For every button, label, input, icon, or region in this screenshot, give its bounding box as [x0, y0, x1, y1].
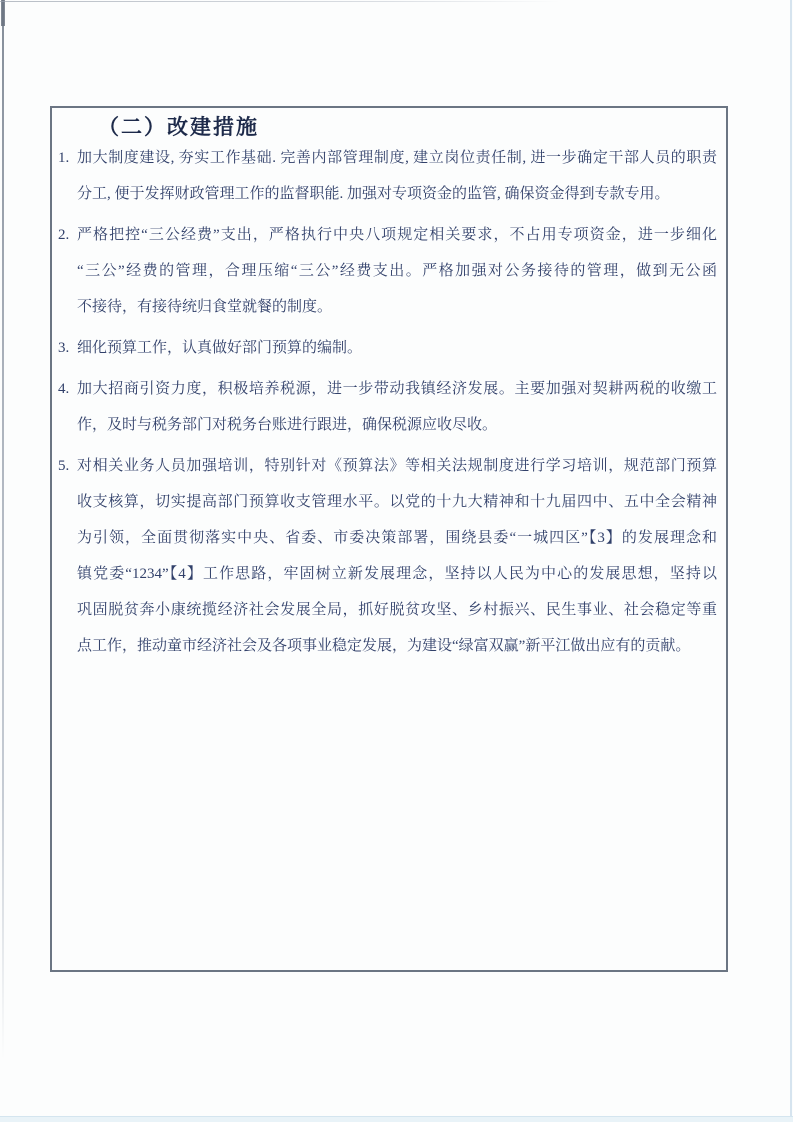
scan-edge-artifact-left [2, 0, 4, 1060]
measure-line: 加大制度建设, 夯实工作基础. 完善内部管理制度, 建立岗位责任制, 进一步确定… [77, 140, 717, 176]
measure-item: 2. 严格把控“三公经费”支出，严格执行中央八项规定相关要求，不占用专项资金，进… [77, 217, 717, 325]
measure-line: 加大招商引资力度，积极培养税源，进一步带动我镇经济发展。主要加强对契耕两税的收缴… [77, 371, 717, 407]
scan-edge-artifact-right [790, 0, 792, 1122]
measure-line: 作，及时与税务部门对税务台账进行跟进，确保税源应收尽收。 [77, 407, 717, 443]
measure-item-number: 3. [58, 330, 76, 366]
measure-item: 4. 加大招商引资力度，积极培养税源，进一步带动我镇经济发展。主要加强对契耕两税… [77, 371, 717, 443]
measure-line: 不接待，有接待统归食堂就餐的制度。 [77, 289, 717, 325]
measure-item-lines: 细化预算工作，认真做好部门预算的编制。 [77, 330, 717, 366]
measure-line: “三公”经费的管理，合理压缩“三公”经费支出。严格加强对公务接待的管理，做到无公… [77, 253, 717, 289]
measure-line: 严格把控“三公经费”支出，严格执行中央八项规定相关要求，不占用专项资金，进一步细… [77, 217, 717, 253]
measure-item-lines: 加大招商引资力度，积极培养税源，进一步带动我镇经济发展。主要加强对契耕两税的收缴… [77, 371, 717, 443]
measure-item-lines: 严格把控“三公经费”支出，严格执行中央八项规定相关要求，不占用专项资金，进一步细… [77, 217, 717, 325]
scan-edge-artifact-bottom [0, 1116, 793, 1122]
measure-item-number: 4. [58, 371, 76, 407]
measure-item: 5. 对相关业务人员加强培训，特别针对《预算法》等相关法规制度进行学习培训，规范… [77, 448, 717, 664]
scan-edge-artifact-top [0, 1, 560, 2]
measure-item-number: 1. [58, 140, 76, 176]
measure-line: 收支核算，切实提高部门预算收支管理水平。以党的十九大精神和十九届四中、五中全会精… [77, 484, 717, 520]
scanned-document-page: （二）改建措施 1. 加大制度建设, 夯实工作基础. 完善内部管理制度, 建立岗… [0, 0, 793, 1122]
measure-item-number: 2. [58, 217, 76, 253]
measure-line: 对相关业务人员加强培训，特别针对《预算法》等相关法规制度进行学习培训，规范部门预… [77, 448, 717, 484]
measure-line: 镇党委“1234”【4】工作思路，牢固树立新发展理念，坚持以人民为中心的发展思想… [77, 556, 717, 592]
measure-line: 巩固脱贫奔小康统揽经济社会发展全局，抓好脱贫攻坚、乡村振兴、民生事业、社会稳定等… [77, 592, 717, 628]
measure-line: 为引领，全面贯彻落实中央、省委、市委决策部署，围绕县委“一城四区”【3】的发展理… [77, 520, 717, 556]
scan-edge-artifact-left-dark [1, 0, 5, 26]
measure-line: 细化预算工作，认真做好部门预算的编制。 [77, 330, 717, 366]
content-border-box: （二）改建措施 1. 加大制度建设, 夯实工作基础. 完善内部管理制度, 建立岗… [50, 106, 728, 972]
measure-item-lines: 对相关业务人员加强培训，特别针对《预算法》等相关法规制度进行学习培训，规范部门预… [77, 448, 717, 664]
measure-item-number: 5. [58, 448, 76, 484]
section-heading: （二）改建措施 [98, 114, 717, 140]
measure-item: 1. 加大制度建设, 夯实工作基础. 完善内部管理制度, 建立岗位责任制, 进一… [77, 140, 717, 212]
measure-line: 分工, 便于发挥财政管理工作的监督职能. 加强对专项资金的监管, 确保资金得到专… [77, 176, 717, 212]
measure-item: 3. 细化预算工作，认真做好部门预算的编制。 [77, 330, 717, 366]
measure-line: 点工作，推动童市经济社会及各项事业稳定发展，为建设“绿富双赢”新平江做出应有的贡… [77, 628, 717, 664]
measure-item-lines: 加大制度建设, 夯实工作基础. 完善内部管理制度, 建立岗位责任制, 进一步确定… [77, 140, 717, 212]
measure-list: 1. 加大制度建设, 夯实工作基础. 完善内部管理制度, 建立岗位责任制, 进一… [77, 140, 717, 664]
